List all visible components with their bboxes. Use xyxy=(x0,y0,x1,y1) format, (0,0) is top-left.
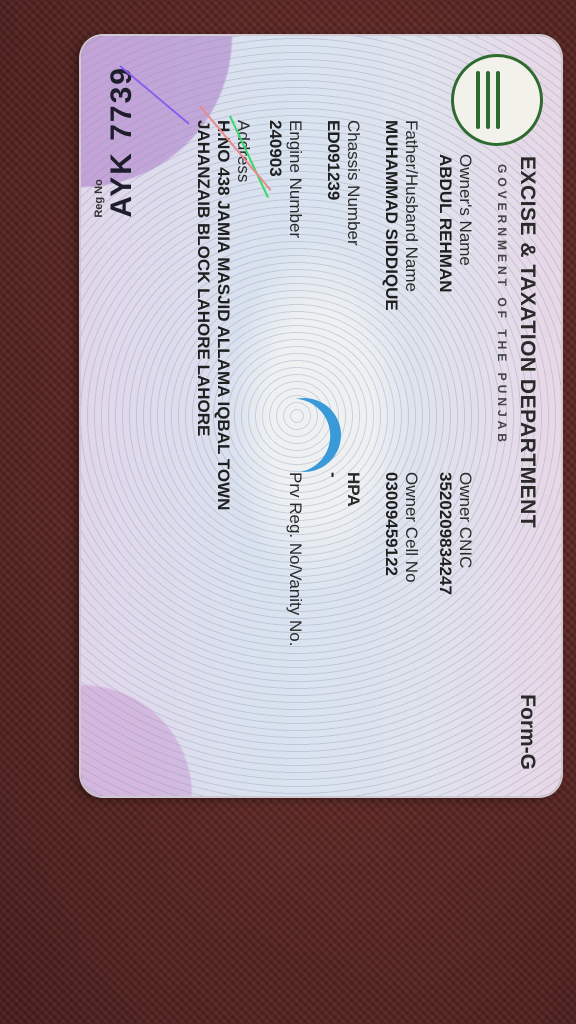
engine-value: 240903 xyxy=(265,120,285,177)
chassis-label: Chassis Number xyxy=(343,120,363,246)
father-name-value: MUHAMMAD SIDDIQUE xyxy=(381,120,401,311)
address-line2: JAHANZAIB BLOCK LAHORE LAHORE xyxy=(193,120,213,436)
owner-name-value: ABDUL REHMAN xyxy=(435,154,455,293)
department-title: EXCISE & TAXATION DEPARTMENT xyxy=(515,156,539,528)
punjab-government-logo-icon xyxy=(451,54,543,146)
engine-label: Engine Number xyxy=(285,120,305,238)
reg-no-label: Reg No xyxy=(93,66,105,218)
government-subtitle: GOVERNMENT OF THE PUNJAB xyxy=(495,164,509,446)
registration-number: Reg No AYK 7739 xyxy=(93,66,139,218)
owner-cnic-label: Owner CNIC xyxy=(455,472,475,568)
father-name-label: Father/Husband Name xyxy=(401,120,421,292)
registration-strip: Reg No AYK 7739 xyxy=(81,36,151,796)
prv-reg-label: Prv Reg. No/Vanity No. xyxy=(285,472,305,646)
owner-cnic-value: 3520209834247 xyxy=(435,472,455,595)
owner-cell-label: Owner Cell No xyxy=(401,472,421,583)
owner-cell-value: 03009459122 xyxy=(381,472,401,576)
form-type: Form-G xyxy=(515,694,539,770)
address-line1: H.NO 438 JAMIA MASJID ALLAMA IQBAL TOWN xyxy=(213,120,233,510)
hpa-value: - xyxy=(323,472,343,478)
hpa-label: HPA xyxy=(343,472,363,507)
reg-no-value: AYK 7739 xyxy=(105,66,139,218)
card-container: EXCISE & TAXATION DEPARTMENT GOVERNMENT … xyxy=(78,32,564,800)
chassis-value: ED091239 xyxy=(323,120,343,200)
vehicle-registration-card: EXCISE & TAXATION DEPARTMENT GOVERNMENT … xyxy=(81,36,561,796)
owner-name-label: Owner's Name xyxy=(455,154,475,266)
